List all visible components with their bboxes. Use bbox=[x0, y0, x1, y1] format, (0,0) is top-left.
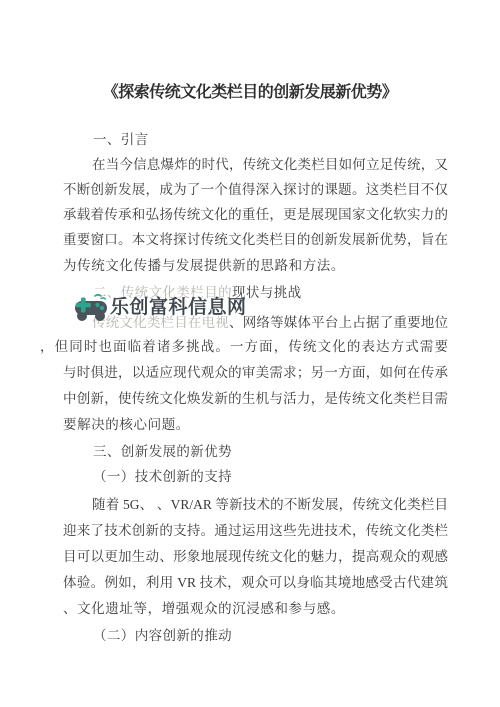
watermark-text: 乐创富科信息网 bbox=[110, 298, 247, 317]
paragraph-line: ，但同时也面临着诸多挑战。一方面，传统文化的表达方式需要 bbox=[40, 337, 448, 356]
gamepad-icon bbox=[74, 292, 108, 322]
paragraph-line: 目可以更加生动、形象地展现传统文化的魅力，提高观众的观感 bbox=[63, 547, 448, 566]
paragraph-line: 随着 5G、 、VR/AR 等新技术的不断发展，传统文化类栏目 bbox=[63, 495, 448, 514]
paragraph-line: 体验。例如，利用 VR 技术，观众可以身临其境地感受古代建筑 bbox=[63, 573, 448, 592]
paragraph-line: 、文化遗址等，增强观众的沉浸感和参与感。 bbox=[63, 599, 448, 618]
subsection-heading-2: （二）内容创新的推动 bbox=[93, 626, 463, 645]
paragraph-line: 中创新，使传统文化焕发新的生机与活力，是传统文化类栏目需 bbox=[63, 389, 448, 408]
watermark: 乐创富科信息网 bbox=[74, 292, 247, 322]
paragraph-line: 不断创新发展，成为了一个值得深入探讨的课题。这类栏目不仅 bbox=[63, 180, 448, 199]
paragraph-line: 为传统文化传播与发展提供新的思路和方法。 bbox=[63, 256, 448, 275]
paragraph-line: 重要窗口。本文将探讨传统文化类栏目的创新发展新优势，旨在 bbox=[63, 230, 448, 249]
paragraph-line: 迎来了技术创新的支持。通过运用这些先进技术，传统文化类栏 bbox=[63, 521, 448, 540]
paragraph-line: 要解决的核心问题。 bbox=[63, 415, 448, 434]
paragraph-line: 在当今信息爆炸的时代，传统文化类栏目如何立足传统，又 bbox=[63, 155, 448, 174]
paragraph-text: 、网络等媒体平台上占据了重要地位 bbox=[229, 315, 448, 330]
subsection-heading-1: （一）技术创新的支持 bbox=[93, 467, 463, 486]
paragraph-line: 与时俱进，以适应现代观众的审美需求；另一方面，如何在传承 bbox=[63, 363, 448, 382]
document-title: 《探索传统文化类栏目的创新发展新优势》 bbox=[0, 83, 500, 102]
paragraph-line: 承载着传承和弘扬传统文化的重任，更是展现国家文化软实力的 bbox=[63, 205, 448, 224]
section-heading-1: 一、引言 bbox=[93, 130, 463, 149]
document-page: 《探索传统文化类栏目的创新发展新优势》 一、引言 在当今信息爆炸的时代，传统文化… bbox=[0, 0, 500, 707]
section-heading-3: 三、创新发展的新优势 bbox=[93, 442, 463, 461]
